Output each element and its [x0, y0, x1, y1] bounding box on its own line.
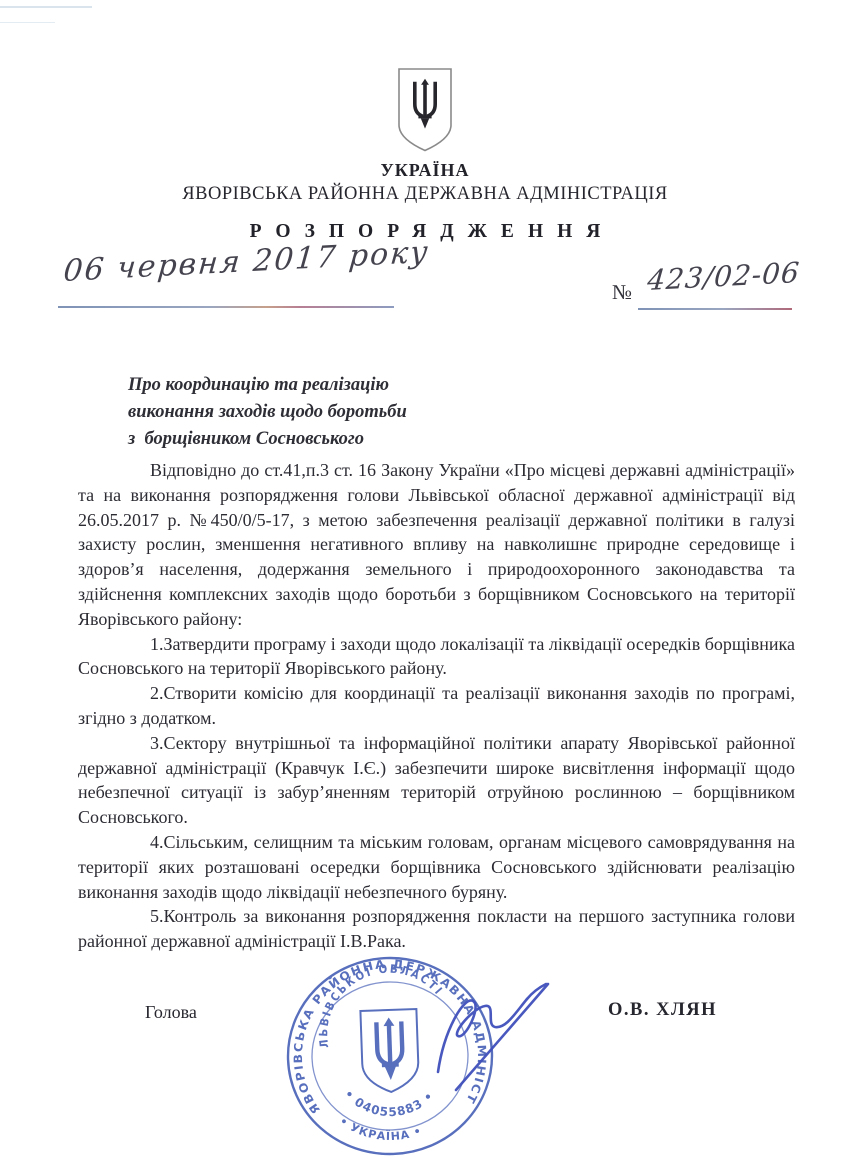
stamp-trident-icon	[376, 1018, 403, 1080]
scan-artifact	[0, 6, 92, 8]
subject-line: Про координацію та реалізацію	[128, 372, 407, 399]
scan-artifact	[0, 22, 55, 23]
body-paragraph: 4.Сільським, селищним та міським головам…	[78, 830, 795, 904]
ukraine-trident-emblem-icon	[395, 66, 455, 154]
body-paragraph: 1.Затвердити програму і заходи щодо лока…	[78, 632, 795, 682]
scanned-document-page: УКРАЇНА ЯВОРІВСЬКА РАЙОННА ДЕРЖАВНА АДМІ…	[0, 0, 850, 1169]
document-body: Відповідно до ст.41,п.3 ст. 16 Закону Ук…	[78, 458, 795, 954]
number-underline	[638, 308, 792, 310]
signer-name: О.В. ХЛЯН	[608, 1000, 717, 1021]
subject-line: з борщівником Сосновського	[128, 426, 407, 453]
subject-line: виконання заходів щодо боротьби	[128, 399, 407, 426]
date-underline	[58, 306, 394, 308]
svg-text:• 04055883 •: • 04055883 •	[341, 1084, 437, 1121]
document-header: УКРАЇНА ЯВОРІВСЬКА РАЙОННА ДЕРЖАВНА АДМІ…	[0, 66, 850, 243]
signer-title: Голова	[145, 1002, 197, 1023]
handwritten-number: 423/02-06	[646, 256, 801, 297]
body-paragraph: 2.Створити комісію для координації та ре…	[78, 681, 795, 731]
body-paragraph: 3.Сектору внутрішньої та інформаційної п…	[78, 731, 795, 830]
handwritten-date-block: 06 червня 2017 року	[62, 254, 402, 289]
body-paragraph: 5.Контроль за виконання розпорядження по…	[78, 904, 795, 954]
subject-block: Про координацію та реалізацію виконання …	[128, 372, 407, 453]
stamp-inner-bottom-text: • 04055883 •	[341, 1084, 437, 1121]
handwritten-date: 06 червня 2017 року	[62, 236, 405, 289]
body-paragraph: Відповідно до ст.41,п.3 ст. 16 Закону Ук…	[78, 458, 795, 632]
authority-title: ЯВОРІВСЬКА РАЙОННА ДЕРЖАВНА АДМІНІСТРАЦІ…	[0, 184, 850, 205]
handwritten-signature	[428, 980, 578, 1095]
number-sign: №	[612, 280, 632, 305]
country-title: УКРАЇНА	[0, 160, 850, 181]
